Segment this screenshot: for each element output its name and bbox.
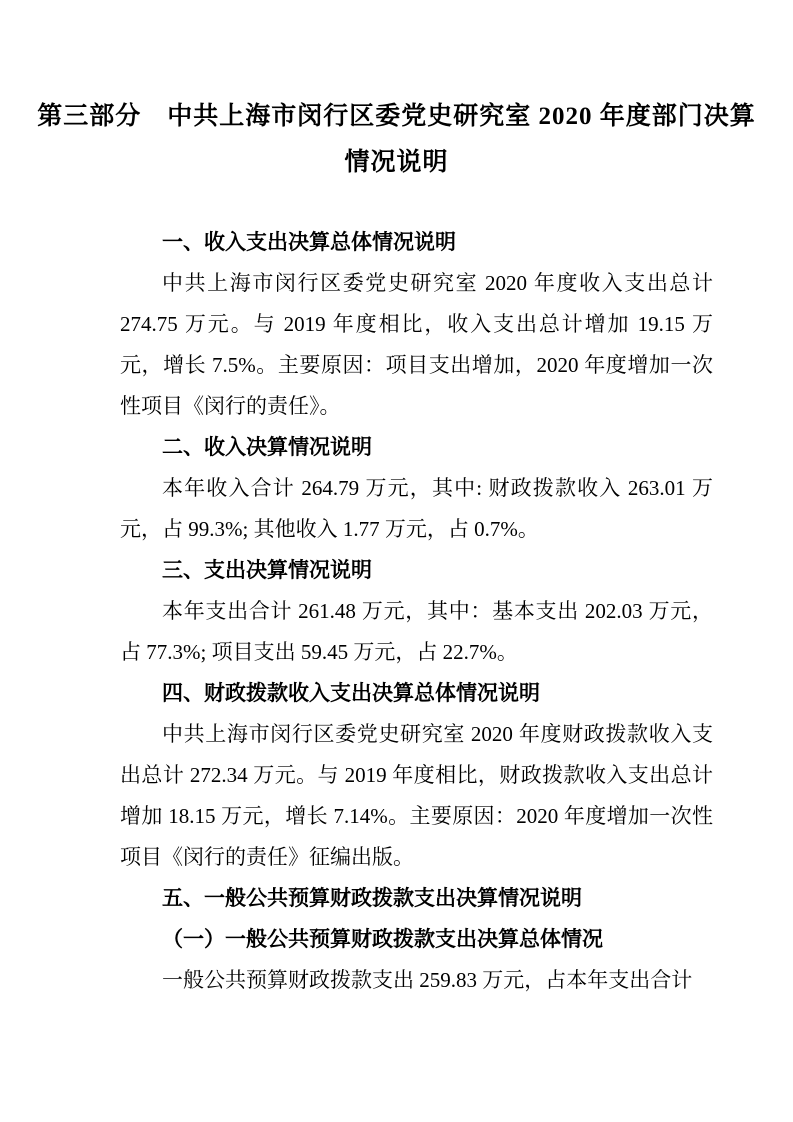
section-5-paragraph: 一般公共预算财政拨款支出 259.83 万元，占本年支出合计 [120, 960, 713, 1001]
section-5-subheading: （一）一般公共预算财政拨款支出决算总体情况 [120, 919, 713, 960]
section-1-heading: 一、收入支出决算总体情况说明 [120, 222, 713, 263]
section-4-heading: 四、财政拨款收入支出决算总体情况说明 [120, 673, 713, 714]
document-body: 一、收入支出决算总体情况说明 中共上海市闵行区委党史研究室 2020 年度收入支… [120, 222, 713, 1001]
section-3-paragraph: 本年支出合计 261.48 万元，其中：基本支出 202.03 万元，占 77.… [120, 591, 713, 673]
document-page: 第三部分 中共上海市闵行区委党史研究室 2020 年度部门决算 情况说明 一、收… [0, 0, 793, 1122]
section-5-heading: 五、一般公共预算财政拨款支出决算情况说明 [120, 878, 713, 919]
document-title: 第三部分 中共上海市闵行区委党史研究室 2020 年度部门决算 情况说明 [0, 94, 793, 186]
section-2-heading: 二、收入决算情况说明 [120, 427, 713, 468]
section-1-paragraph: 中共上海市闵行区委党史研究室 2020 年度收入支出总计 274.75 万元。与… [120, 263, 713, 427]
section-4-paragraph: 中共上海市闵行区委党史研究室 2020 年度财政拨款收入支出总计 272.34 … [120, 714, 713, 878]
section-3-heading: 三、支出决算情况说明 [120, 550, 713, 591]
document-title-line-2: 情况说明 [0, 140, 793, 186]
document-title-line-1: 第三部分 中共上海市闵行区委党史研究室 2020 年度部门决算 [0, 94, 793, 140]
section-2-paragraph: 本年收入合计 264.79 万元，其中: 财政拨款收入 263.01 万元，占 … [120, 468, 713, 550]
